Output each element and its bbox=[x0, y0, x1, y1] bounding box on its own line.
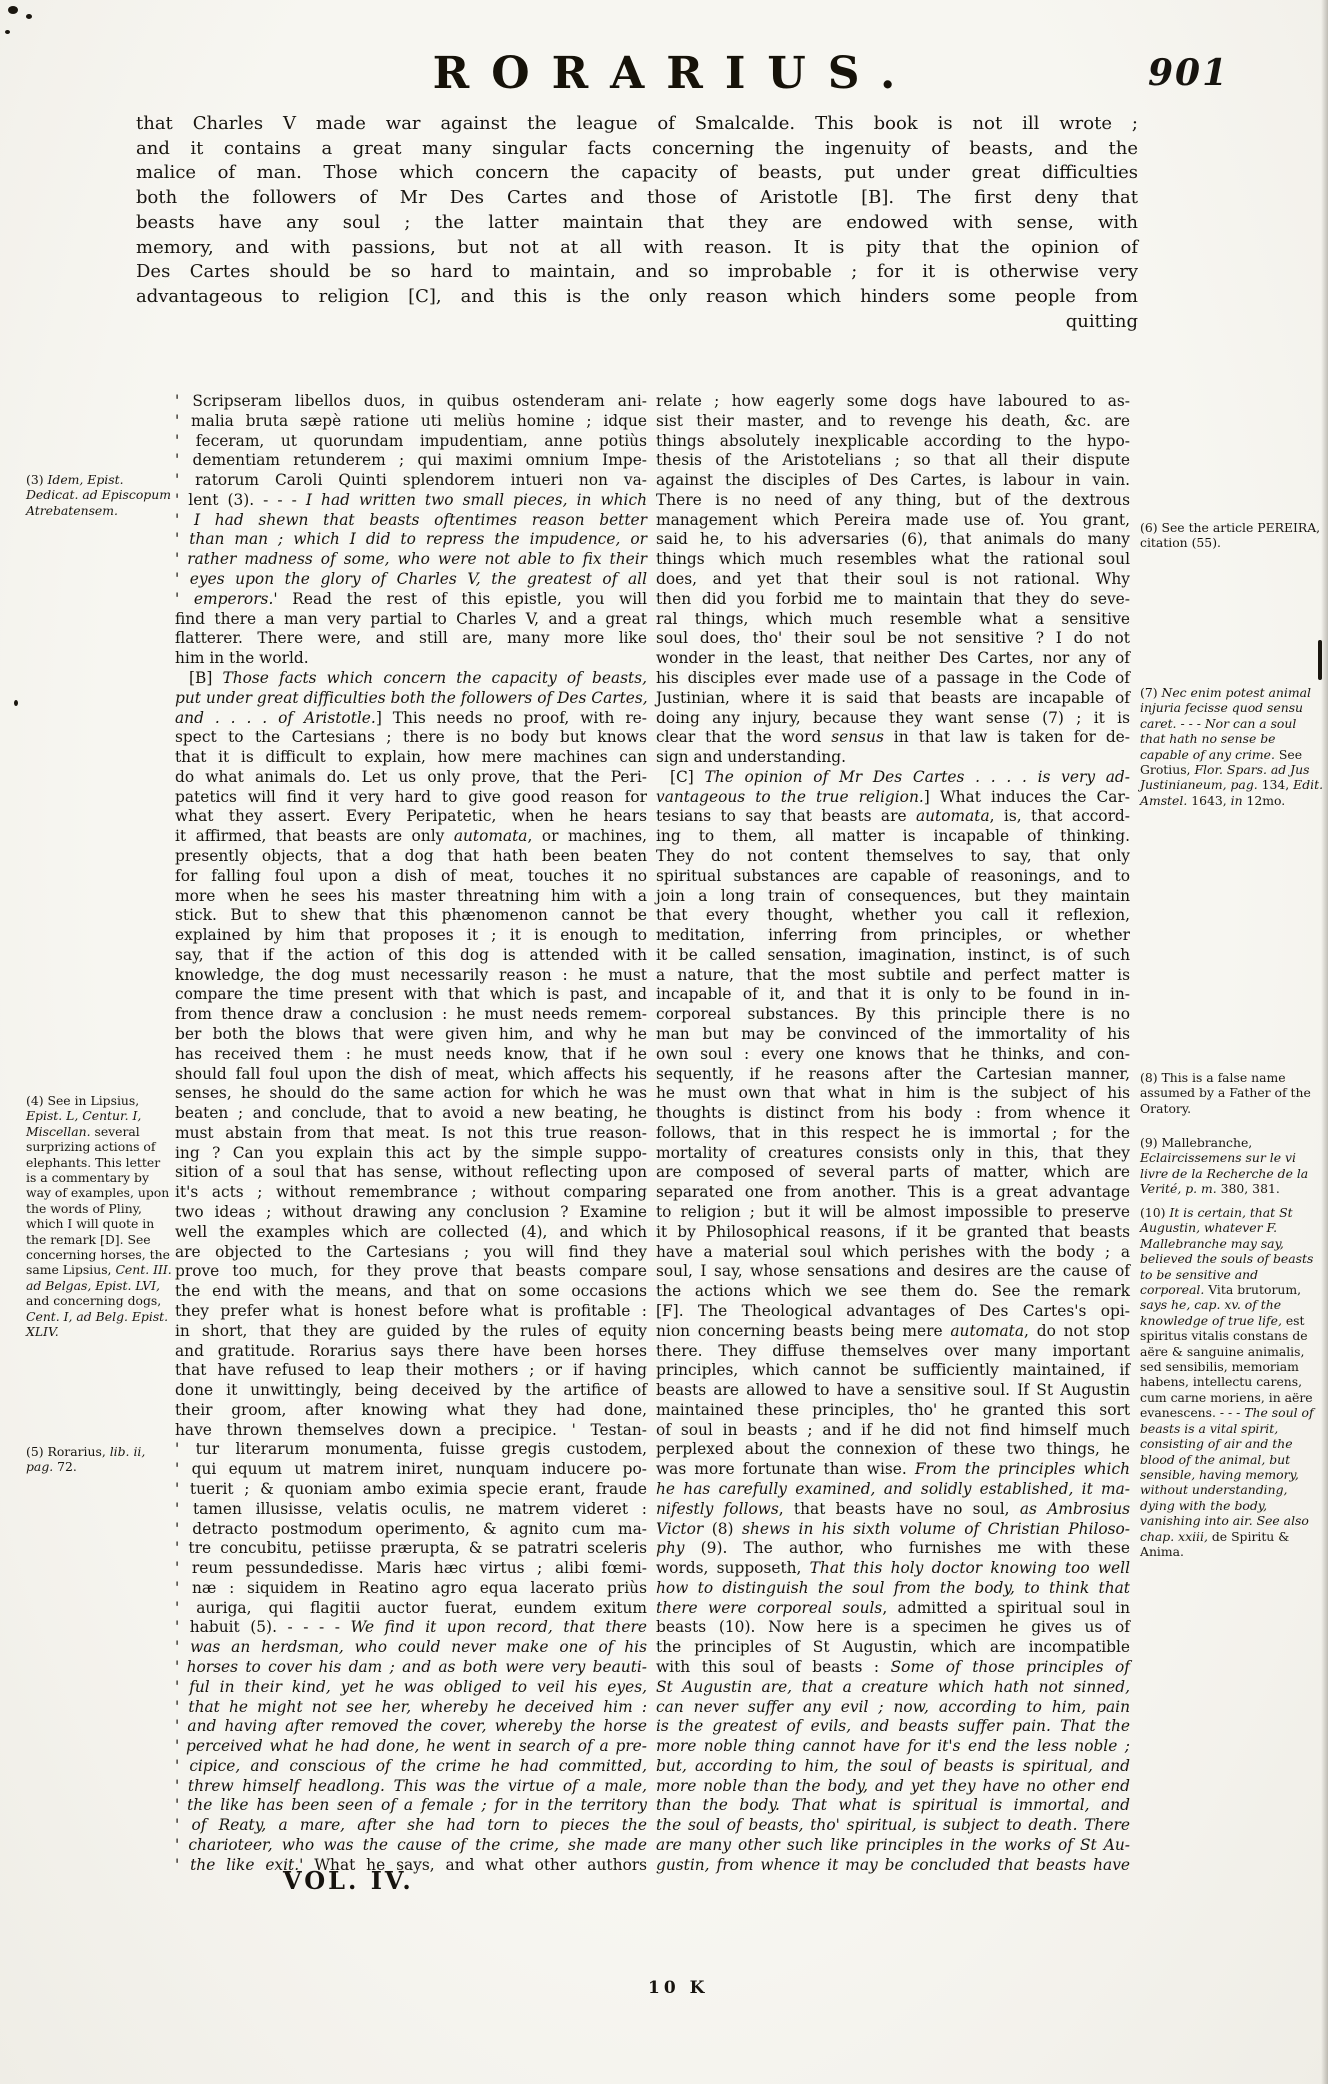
text-line: ' malia bruta sæpè ratione uti meliùs ho… bbox=[175, 412, 647, 432]
text-line: ' ratorum Caroli Quinti splendorem intue… bbox=[175, 471, 647, 491]
text-line: senses, he should do the same action for… bbox=[175, 1084, 647, 1104]
text-line: the principles of St Augustin, which are… bbox=[656, 1638, 1130, 1658]
text-line: thesis of the Aristotelians ; so that al… bbox=[656, 451, 1130, 471]
text-line: sequently, if he reasons after the Carte… bbox=[656, 1065, 1130, 1085]
text-line: it be called sensation, imagination, ins… bbox=[656, 946, 1130, 966]
text-line: Victor (8) shews in his sixth volume of … bbox=[656, 1520, 1130, 1540]
text-line: more noble than the body, and yet they h… bbox=[656, 1777, 1130, 1797]
text-line: management which Pereira made use of. Yo… bbox=[656, 511, 1130, 531]
margin-note-3: (3) Idem, Epist. Dedicat. ad Episcopum A… bbox=[26, 472, 174, 518]
text-line: ' auriga, qui flagitii auctor fuerat, eu… bbox=[175, 1599, 647, 1619]
text-line: ' than man ; which I did to repress the … bbox=[175, 530, 647, 550]
text-line: prove too much, for they prove that beas… bbox=[175, 1262, 647, 1282]
text-line: ' reum pessundedisse. Maris hæc virtus ;… bbox=[175, 1559, 647, 1579]
text-line: mortality of creatures consists only in … bbox=[656, 1144, 1130, 1164]
text-line: relate ; how eagerly some dogs have labo… bbox=[656, 392, 1130, 412]
text-line: have thrown themselves down a precipice.… bbox=[175, 1421, 647, 1441]
text-line: presently objects, that a dog that hath … bbox=[175, 847, 647, 867]
text-line: and gratitude. Rorarius says there have … bbox=[175, 1342, 647, 1362]
text-line: should fall foul upon the dish of meat, … bbox=[175, 1065, 647, 1085]
text-line: that Charles V made war against the leag… bbox=[136, 112, 1138, 137]
text-line: done it unwittingly, being deceived by t… bbox=[175, 1381, 647, 1401]
text-line: St Augustin are, that a creature which h… bbox=[656, 1678, 1130, 1698]
text-line: ' of Reaty, a mare, after she had torn t… bbox=[175, 1816, 647, 1836]
text-line: Justinian, where it is said that beasts … bbox=[656, 689, 1130, 709]
text-line: join a long train of consequences, but t… bbox=[656, 887, 1130, 907]
margin-note-4: (4) See in Lipsius, Epist. L, Centur. I,… bbox=[26, 1093, 174, 1340]
text-line: sist their master, and to revenge his de… bbox=[656, 412, 1130, 432]
text-line: perplexed about the connexion of these t… bbox=[656, 1440, 1130, 1460]
text-line: ' tre concubitu, petiisse prærupta, & se… bbox=[175, 1539, 647, 1559]
text-line: spect to the Cartesians ; there is no bo… bbox=[175, 728, 647, 748]
text-line: than the body. That what is spiritual is… bbox=[656, 1796, 1130, 1816]
text-line: ' qui equum ut matrem iniret, nunquam in… bbox=[175, 1460, 647, 1480]
text-line: are objected to the Cartesians ; you wil… bbox=[175, 1243, 647, 1263]
intro-paragraph: that Charles V made war against the leag… bbox=[136, 112, 1138, 334]
text-line: ' charioteer, who was the cause of the c… bbox=[175, 1836, 647, 1856]
text-line: ber both the blows that were given him, … bbox=[175, 1025, 647, 1045]
text-line: they prefer what is honest before what i… bbox=[175, 1302, 647, 1322]
text-line: that it is difficult to explain, how mer… bbox=[175, 748, 647, 768]
text-line: it's acts ; without remembrance ; withou… bbox=[175, 1183, 647, 1203]
text-line: follows, that in this respect he is immo… bbox=[656, 1124, 1130, 1144]
text-line: quitting bbox=[136, 310, 1138, 335]
text-line: there were corporeal souls, admitted a s… bbox=[656, 1599, 1130, 1619]
text-line: that have refused to leap their mothers … bbox=[175, 1361, 647, 1381]
text-line: beasts are allowed to have a sensitive s… bbox=[656, 1381, 1130, 1401]
text-line: beasts (10). Now here is a specimen he g… bbox=[656, 1618, 1130, 1638]
text-line: the actions which we see them do. See th… bbox=[656, 1282, 1130, 1302]
text-line: ' eyes upon the glory of Charles V, the … bbox=[175, 570, 647, 590]
text-line: can never suffer any evil ; now, accordi… bbox=[656, 1698, 1130, 1718]
text-line: have a material soul which perishes with… bbox=[656, 1243, 1130, 1263]
text-line: and . . . . of Aristotle.] This needs no… bbox=[175, 709, 647, 729]
text-line: said he, to his adversaries (6), that an… bbox=[656, 530, 1130, 550]
text-line: ' feceram, ut quorundam impudentiam, ann… bbox=[175, 432, 647, 452]
ink-speck bbox=[5, 30, 10, 34]
text-line: say, that if the action of this dog is a… bbox=[175, 946, 647, 966]
text-line: but, according to him, the soul of beast… bbox=[656, 1757, 1130, 1777]
text-line: for falling foul upon a dish of meat, to… bbox=[175, 867, 647, 887]
text-line: nion concerning beasts being mere automa… bbox=[656, 1322, 1130, 1342]
text-line: ' and having after removed the cover, wh… bbox=[175, 1717, 647, 1737]
text-line: beasts have any soul ; the latter mainta… bbox=[136, 211, 1138, 236]
text-line: They do not content themselves to say, t… bbox=[656, 847, 1130, 867]
text-line: beaten ; and conclude, that to avoid a n… bbox=[175, 1104, 647, 1124]
ink-speck bbox=[14, 700, 18, 706]
text-line: ' lent (3). - - - I had written two smal… bbox=[175, 491, 647, 511]
text-line: sition of a soul that has sense, without… bbox=[175, 1163, 647, 1183]
text-line: against the disciples of Des Cartes, is … bbox=[656, 471, 1130, 491]
text-line: he has carefully examined, and solidly e… bbox=[656, 1480, 1130, 1500]
text-line: from thence draw a conclusion : he must … bbox=[175, 1005, 647, 1025]
text-line: ' dementiam retunderem ; qui maximi omni… bbox=[175, 451, 647, 471]
text-line: flatterer. There were, and still are, ma… bbox=[175, 629, 647, 649]
text-line: vantageous to the true religion.] What i… bbox=[656, 788, 1130, 808]
text-line: stick. But to shew that this phænomenon … bbox=[175, 906, 647, 926]
text-line: wonder in the least, that neither Des Ca… bbox=[656, 649, 1130, 669]
text-line: ral things, which much resemble what a s… bbox=[656, 610, 1130, 630]
text-line: ' Scripseram libellos duos, in quibus os… bbox=[175, 392, 647, 412]
text-line: how to distinguish the soul from the bod… bbox=[656, 1579, 1130, 1599]
text-line: ' habuit (5). - - - - We find it upon re… bbox=[175, 1618, 647, 1638]
text-line: explained by him that proposes it ; it i… bbox=[175, 926, 647, 946]
text-line: the end with the means, and that on some… bbox=[175, 1282, 647, 1302]
text-line: ' threw himself headlong. This was the v… bbox=[175, 1777, 647, 1797]
text-column-left: ' Scripseram libellos duos, in quibus os… bbox=[175, 392, 647, 1876]
text-line: ' I had shewn that beasts oftentimes rea… bbox=[175, 511, 647, 531]
text-line: ' was an herdsman, who could never make … bbox=[175, 1638, 647, 1658]
page-title: RORARIUS. bbox=[0, 48, 1328, 99]
text-line: doing any injury, because they want sens… bbox=[656, 709, 1130, 729]
text-line: there. They diffuse themselves over many… bbox=[656, 1342, 1130, 1362]
text-line: two ideas ; without drawing any conclusi… bbox=[175, 1203, 647, 1223]
text-line: it affirmed, that beasts are only automa… bbox=[175, 827, 647, 847]
text-line: ' detracto postmodum operimento, & agnit… bbox=[175, 1520, 647, 1540]
text-line: Des Cartes should be so hard to maintain… bbox=[136, 260, 1138, 285]
margin-note-8: (8) This is a false name assumed by a Fa… bbox=[1140, 1070, 1324, 1116]
text-line: clear that the word sensus in that law i… bbox=[656, 728, 1130, 748]
text-line: advantageous to religion [C], and this i… bbox=[136, 285, 1138, 310]
text-line: ing ? Can you explain this act by the si… bbox=[175, 1144, 647, 1164]
text-line: things absolutely inexplicable according… bbox=[656, 432, 1130, 452]
text-line: ' the like has been seen of a female ; f… bbox=[175, 1796, 647, 1816]
text-line: soul, I say, whose sensations and desire… bbox=[656, 1262, 1130, 1282]
text-line: are many other such like principles in t… bbox=[656, 1836, 1130, 1856]
text-line: corporeal substances. By this principle … bbox=[656, 1005, 1130, 1025]
text-line: [F]. The Theological advantages of Des C… bbox=[656, 1302, 1130, 1322]
text-line: man but may be convinced of the immortal… bbox=[656, 1025, 1130, 1045]
signature-mark: 10 K bbox=[648, 1978, 708, 1998]
text-line: ' næ : siquidem in Reatino agro equa lac… bbox=[175, 1579, 647, 1599]
text-line: has received them : he must needs know, … bbox=[175, 1045, 647, 1065]
text-line: There is no need of any thing, but of th… bbox=[656, 491, 1130, 511]
margin-note-10: (10) It is certain, that St Augustin, wh… bbox=[1140, 1205, 1324, 1559]
text-line: words, supposeth, That this holy doctor … bbox=[656, 1559, 1130, 1579]
text-line: ' tamen illusisse, velatis oculis, ne ma… bbox=[175, 1500, 647, 1520]
text-line: separated one from another. This is a gr… bbox=[656, 1183, 1130, 1203]
text-line: soul does, tho' their soul be not sensit… bbox=[656, 629, 1130, 649]
text-line: thoughts is distinct from his body : fro… bbox=[656, 1104, 1130, 1124]
text-line: meditation, inferring from principles, o… bbox=[656, 926, 1130, 946]
text-line: that every thought, whether you call it … bbox=[656, 906, 1130, 926]
text-line: maintained these principles, tho' he gra… bbox=[656, 1401, 1130, 1421]
scanned-book-page: RORARIUS. 901 that Charles V made war ag… bbox=[0, 0, 1328, 2084]
right-margin-notes: (6) See the article PEREIRA, citation (5… bbox=[1140, 390, 1324, 1950]
left-margin-notes: (3) Idem, Epist. Dedicat. ad Episcopum A… bbox=[26, 390, 174, 1890]
text-line: do what animals do. Let us only prove, t… bbox=[175, 768, 647, 788]
text-line: tesians to say that beasts are automata,… bbox=[656, 807, 1130, 827]
text-line: the soul of beasts, tho' spiritual, is s… bbox=[656, 1816, 1130, 1836]
text-line: and it contains a great many singular fa… bbox=[136, 137, 1138, 162]
text-line: nifestly follows, that beasts have no so… bbox=[656, 1500, 1130, 1520]
text-line: ing to them, all matter is incapable of … bbox=[656, 827, 1130, 847]
text-line: gustin, from whence it may be concluded … bbox=[656, 1856, 1130, 1876]
text-line: ' emperors.' Read the rest of this epist… bbox=[175, 590, 647, 610]
volume-mark: VOL. IV. bbox=[283, 1866, 414, 1895]
text-line: a nature, that the most subtile and perf… bbox=[656, 966, 1130, 986]
text-line: spiritual substances are capable of reas… bbox=[656, 867, 1130, 887]
text-line: ' rather madness of some, who were not a… bbox=[175, 550, 647, 570]
text-line: phy (9). The author, who furnishes me wi… bbox=[656, 1539, 1130, 1559]
margin-note-5: (5) Rorarius, lib. ii, pag. 72. bbox=[26, 1444, 174, 1475]
text-line: patetics will find it very hard to give … bbox=[175, 788, 647, 808]
text-line: it by Philosophical reasons, if it be gr… bbox=[656, 1223, 1130, 1243]
text-line: their groom, after knowing what they had… bbox=[175, 1401, 647, 1421]
text-line: malice of man. Those which concern the c… bbox=[136, 161, 1138, 186]
text-line: ' ful in their kind, yet he was obliged … bbox=[175, 1678, 647, 1698]
margin-note-9: (9) Mallebranche, Eclaircissemens sur le… bbox=[1140, 1135, 1324, 1197]
text-line: [B] Those facts which concern the capaci… bbox=[175, 669, 647, 689]
text-line: must abstain from that meat. Is not this… bbox=[175, 1124, 647, 1144]
text-line: with this soul of beasts : Some of those… bbox=[656, 1658, 1130, 1678]
text-line: ' tuerit ; & quoniam ambo eximia specie … bbox=[175, 1480, 647, 1500]
text-line: of soul in beasts ; and if he did not fi… bbox=[656, 1421, 1130, 1441]
text-line: well the examples which are collected (4… bbox=[175, 1223, 647, 1243]
text-line: was more fortunate than wise. From the p… bbox=[656, 1460, 1130, 1480]
text-line: more noble thing cannot have for it's en… bbox=[656, 1737, 1130, 1757]
text-line: to religion ; but it will be almost impo… bbox=[656, 1203, 1130, 1223]
text-line: he must own that what in him is the subj… bbox=[656, 1084, 1130, 1104]
text-line: compare the time present with that which… bbox=[175, 985, 647, 1005]
text-line: own soul : every one knows that he think… bbox=[656, 1045, 1130, 1065]
text-line: ' perceived what he had done, he went in… bbox=[175, 1737, 647, 1757]
text-line: find there a man very partial to Charles… bbox=[175, 610, 647, 630]
text-line: ' that he might not see her, whereby he … bbox=[175, 1698, 647, 1718]
text-line: incapable of it, and that it is only to … bbox=[656, 985, 1130, 1005]
text-line: ' horses to cover his dam ; and as both … bbox=[175, 1658, 647, 1678]
text-line: ' cipice, and conscious of the crime he … bbox=[175, 1757, 647, 1777]
text-line: ' tur literarum monumenta, fuisse gregis… bbox=[175, 1440, 647, 1460]
text-line: knowledge, the dog must necessarily reas… bbox=[175, 966, 647, 986]
text-line: put under great difficulties both the fo… bbox=[175, 689, 647, 709]
ink-speck bbox=[26, 14, 32, 19]
ink-speck bbox=[8, 6, 18, 14]
text-line: [C] The opinion of Mr Des Cartes . . . .… bbox=[656, 768, 1130, 788]
text-line: in short, that they are guided by the ru… bbox=[175, 1322, 647, 1342]
text-line: does, and yet that their soul is not rat… bbox=[656, 570, 1130, 590]
text-line: things which much resembles what the rat… bbox=[656, 550, 1130, 570]
text-line: principles, which cannot be sufficiently… bbox=[656, 1361, 1130, 1381]
margin-note-7: (7) Nec enim potest animal injuria fecis… bbox=[1140, 685, 1324, 808]
margin-note-6: (6) See the article PEREIRA, citation (5… bbox=[1140, 520, 1324, 551]
text-line: his disciples ever made use of a passage… bbox=[656, 669, 1130, 689]
text-line: are composed of several parts of matter,… bbox=[656, 1163, 1130, 1183]
text-line: sign and understanding. bbox=[656, 748, 1130, 768]
text-line: what they assert. Every Peripatetic, whe… bbox=[175, 807, 647, 827]
text-line: him in the world. bbox=[175, 649, 647, 669]
text-line: both the followers of Mr Des Cartes and … bbox=[136, 186, 1138, 211]
text-column-right: relate ; how eagerly some dogs have labo… bbox=[656, 392, 1130, 1876]
text-line: more when he sees his master threatning … bbox=[175, 887, 647, 907]
text-line: memory, and with passions, but not at al… bbox=[136, 236, 1138, 261]
page-number: 901 bbox=[1148, 52, 1229, 94]
text-line: then did you forbid me to maintain that … bbox=[656, 590, 1130, 610]
text-line: is the greatest of evils, and beasts suf… bbox=[656, 1717, 1130, 1737]
